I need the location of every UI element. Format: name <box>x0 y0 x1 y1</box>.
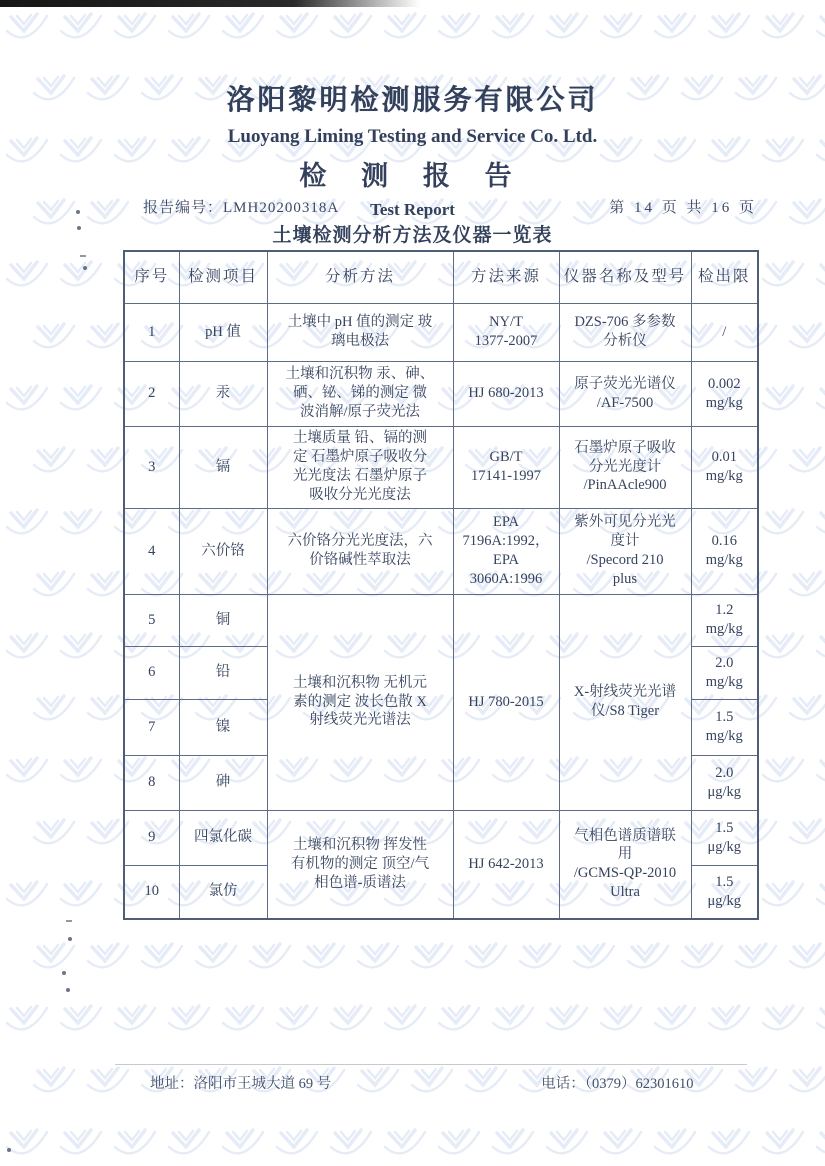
cell-index: 6 <box>124 646 179 699</box>
report-number-value: LMH20200318A <box>223 200 339 216</box>
cell-item: 镉 <box>179 426 267 508</box>
cell-method: 土壤质量 铅、镉的测 定 石墨炉原子吸收分 光光度法 石墨炉原子 吸收分光光度法 <box>267 426 453 508</box>
cell-method: 六价铬分光光度法，六 价铬碱性萃取法 <box>267 508 453 594</box>
cell-method: 土壤和沉积物 无机元 素的测定 波长色散 X 射线荧光光谱法 <box>267 594 453 810</box>
cell-index: 1 <box>124 303 179 361</box>
column-header: 检出限 <box>691 251 758 303</box>
table-header-row: 序号检测项目分析方法方法来源仪器名称及型号检出限 <box>124 251 758 303</box>
footer: 地址：洛阳市王城大道 69 号 电话：（0379）62301610 <box>123 1072 757 1093</box>
cell-index: 2 <box>124 361 179 426</box>
scan-dot-artifact <box>77 226 81 230</box>
cell-index: 4 <box>124 508 179 594</box>
cell-detection-limit: 2.0 μg/kg <box>691 755 758 810</box>
table-row: 5铜土壤和沉积物 无机元 素的测定 波长色散 X 射线荧光光谱法HJ 780-2… <box>124 594 758 646</box>
cell-detection-limit: 0.16 mg/kg <box>691 508 758 594</box>
footer-phone: 电话：（0379）62301610 <box>541 1072 693 1093</box>
table-row: 1pH 值土壤中 pH 值的测定 玻 璃电极法NY/T 1377-2007DZS… <box>124 303 758 361</box>
document-page: 洛阳黎明检测服务有限公司 Luoyang Liming Testing and … <box>0 0 825 1166</box>
cell-item: 铜 <box>179 594 267 646</box>
cell-index: 5 <box>124 594 179 646</box>
cell-source: HJ 642-2013 <box>453 810 559 919</box>
cell-index: 7 <box>124 699 179 755</box>
cell-detection-limit: / <box>691 303 758 361</box>
phone-label: 电话： <box>541 1076 585 1092</box>
cell-detection-limit: 2.0 mg/kg <box>691 646 758 699</box>
cell-instrument: 石墨炉原子吸收 分光光度计 /PinAAcle900 <box>559 426 691 508</box>
phone-value: （0379）62301610 <box>585 1076 694 1092</box>
report-meta-row: 报告编号：LMH20200318A 第 14 页 共 16 页 <box>123 196 757 217</box>
column-header: 检测项目 <box>179 251 267 303</box>
scan-dot-artifact <box>83 266 87 270</box>
scan-dot-artifact <box>7 1148 11 1152</box>
cell-detection-limit: 1.2 mg/kg <box>691 594 758 646</box>
page-indicator: 第 14 页 共 16 页 <box>609 196 757 217</box>
cell-source: HJ 680-2013 <box>453 361 559 426</box>
cell-method: 土壤和沉积物 汞、砷、 硒、铋、锑的测定 微 波消解/原子荧光法 <box>267 361 453 426</box>
cell-source: GB/T 17141-1997 <box>453 426 559 508</box>
table-row: 9四氯化碳土壤和沉积物 挥发性 有机物的测定 顶空/气 相色谱-质谱法HJ 64… <box>124 810 758 865</box>
address-value: 洛阳市王城大道 69 号 <box>194 1076 332 1092</box>
cell-item: 汞 <box>179 361 267 426</box>
table-row: 2汞土壤和沉积物 汞、砷、 硒、铋、锑的测定 微 波消解/原子荧光法HJ 680… <box>124 361 758 426</box>
company-name-en: Luoyang Liming Testing and Service Co. L… <box>0 126 825 148</box>
footer-address: 地址：洛阳市王城大道 69 号 <box>150 1072 331 1093</box>
address-label: 地址： <box>150 1076 194 1092</box>
methods-table: 序号检测项目分析方法方法来源仪器名称及型号检出限1pH 值土壤中 pH 值的测定… <box>123 250 759 920</box>
cell-instrument: 紫外可见分光光 度计 /Specord 210 plus <box>559 508 691 594</box>
scan-dot-artifact <box>76 210 80 214</box>
company-name-cn: 洛阳黎明检测服务有限公司 <box>0 78 825 118</box>
cell-source: NY/T 1377-2007 <box>453 303 559 361</box>
scan-dot-artifact <box>66 920 72 922</box>
cell-index: 10 <box>124 865 179 919</box>
cell-item: 镍 <box>179 699 267 755</box>
scan-dot-artifact <box>62 971 66 975</box>
cell-index: 3 <box>124 426 179 508</box>
cell-index: 9 <box>124 810 179 865</box>
cell-detection-limit: 0.01 mg/kg <box>691 426 758 508</box>
cell-detection-limit: 1.5 μg/kg <box>691 810 758 865</box>
column-header: 方法来源 <box>453 251 559 303</box>
report-title-cn: 检 测 报 告 <box>0 154 825 193</box>
cell-item: pH 值 <box>179 303 267 361</box>
column-header: 仪器名称及型号 <box>559 251 691 303</box>
cell-detection-limit: 1.5 μg/kg <box>691 865 758 919</box>
cell-item: 四氯化碳 <box>179 810 267 865</box>
cell-instrument: DZS-706 多参数 分析仪 <box>559 303 691 361</box>
cell-method: 土壤和沉积物 挥发性 有机物的测定 顶空/气 相色谱-质谱法 <box>267 810 453 919</box>
scan-edge-artifact <box>0 0 420 7</box>
report-number-label: 报告编号： <box>143 200 223 216</box>
cell-index: 8 <box>124 755 179 810</box>
cell-item: 砷 <box>179 755 267 810</box>
cell-item: 氯仿 <box>179 865 267 919</box>
cell-source: HJ 780-2015 <box>453 594 559 810</box>
cell-item: 铅 <box>179 646 267 699</box>
scan-dot-artifact <box>68 937 72 941</box>
cell-detection-limit: 1.5 mg/kg <box>691 699 758 755</box>
column-header: 序号 <box>124 251 179 303</box>
column-header: 分析方法 <box>267 251 453 303</box>
cell-source: EPA 7196A:1992， EPA 3060A:1996 <box>453 508 559 594</box>
cell-item: 六价铬 <box>179 508 267 594</box>
table-row: 3镉土壤质量 铅、镉的测 定 石墨炉原子吸收分 光光度法 石墨炉原子 吸收分光光… <box>124 426 758 508</box>
report-number: 报告编号：LMH20200318A <box>143 196 339 217</box>
scan-dot-artifact <box>66 988 70 992</box>
table-title: 土壤检测分析方法及仪器一览表 <box>0 220 825 247</box>
cell-instrument: X-射线荧光光谱 仪/S8 Tiger <box>559 594 691 810</box>
cell-method: 土壤中 pH 值的测定 玻 璃电极法 <box>267 303 453 361</box>
scan-dot-artifact <box>80 255 86 257</box>
table-row: 4六价铬六价铬分光光度法，六 价铬碱性萃取法EPA 7196A:1992， EP… <box>124 508 758 594</box>
cell-detection-limit: 0.002 mg/kg <box>691 361 758 426</box>
footer-divider <box>115 1064 747 1065</box>
cell-instrument: 气相色谱质谱联 用 /GCMS-QP-2010 Ultra <box>559 810 691 919</box>
cell-instrument: 原子荧光光谱仪 /AF-7500 <box>559 361 691 426</box>
